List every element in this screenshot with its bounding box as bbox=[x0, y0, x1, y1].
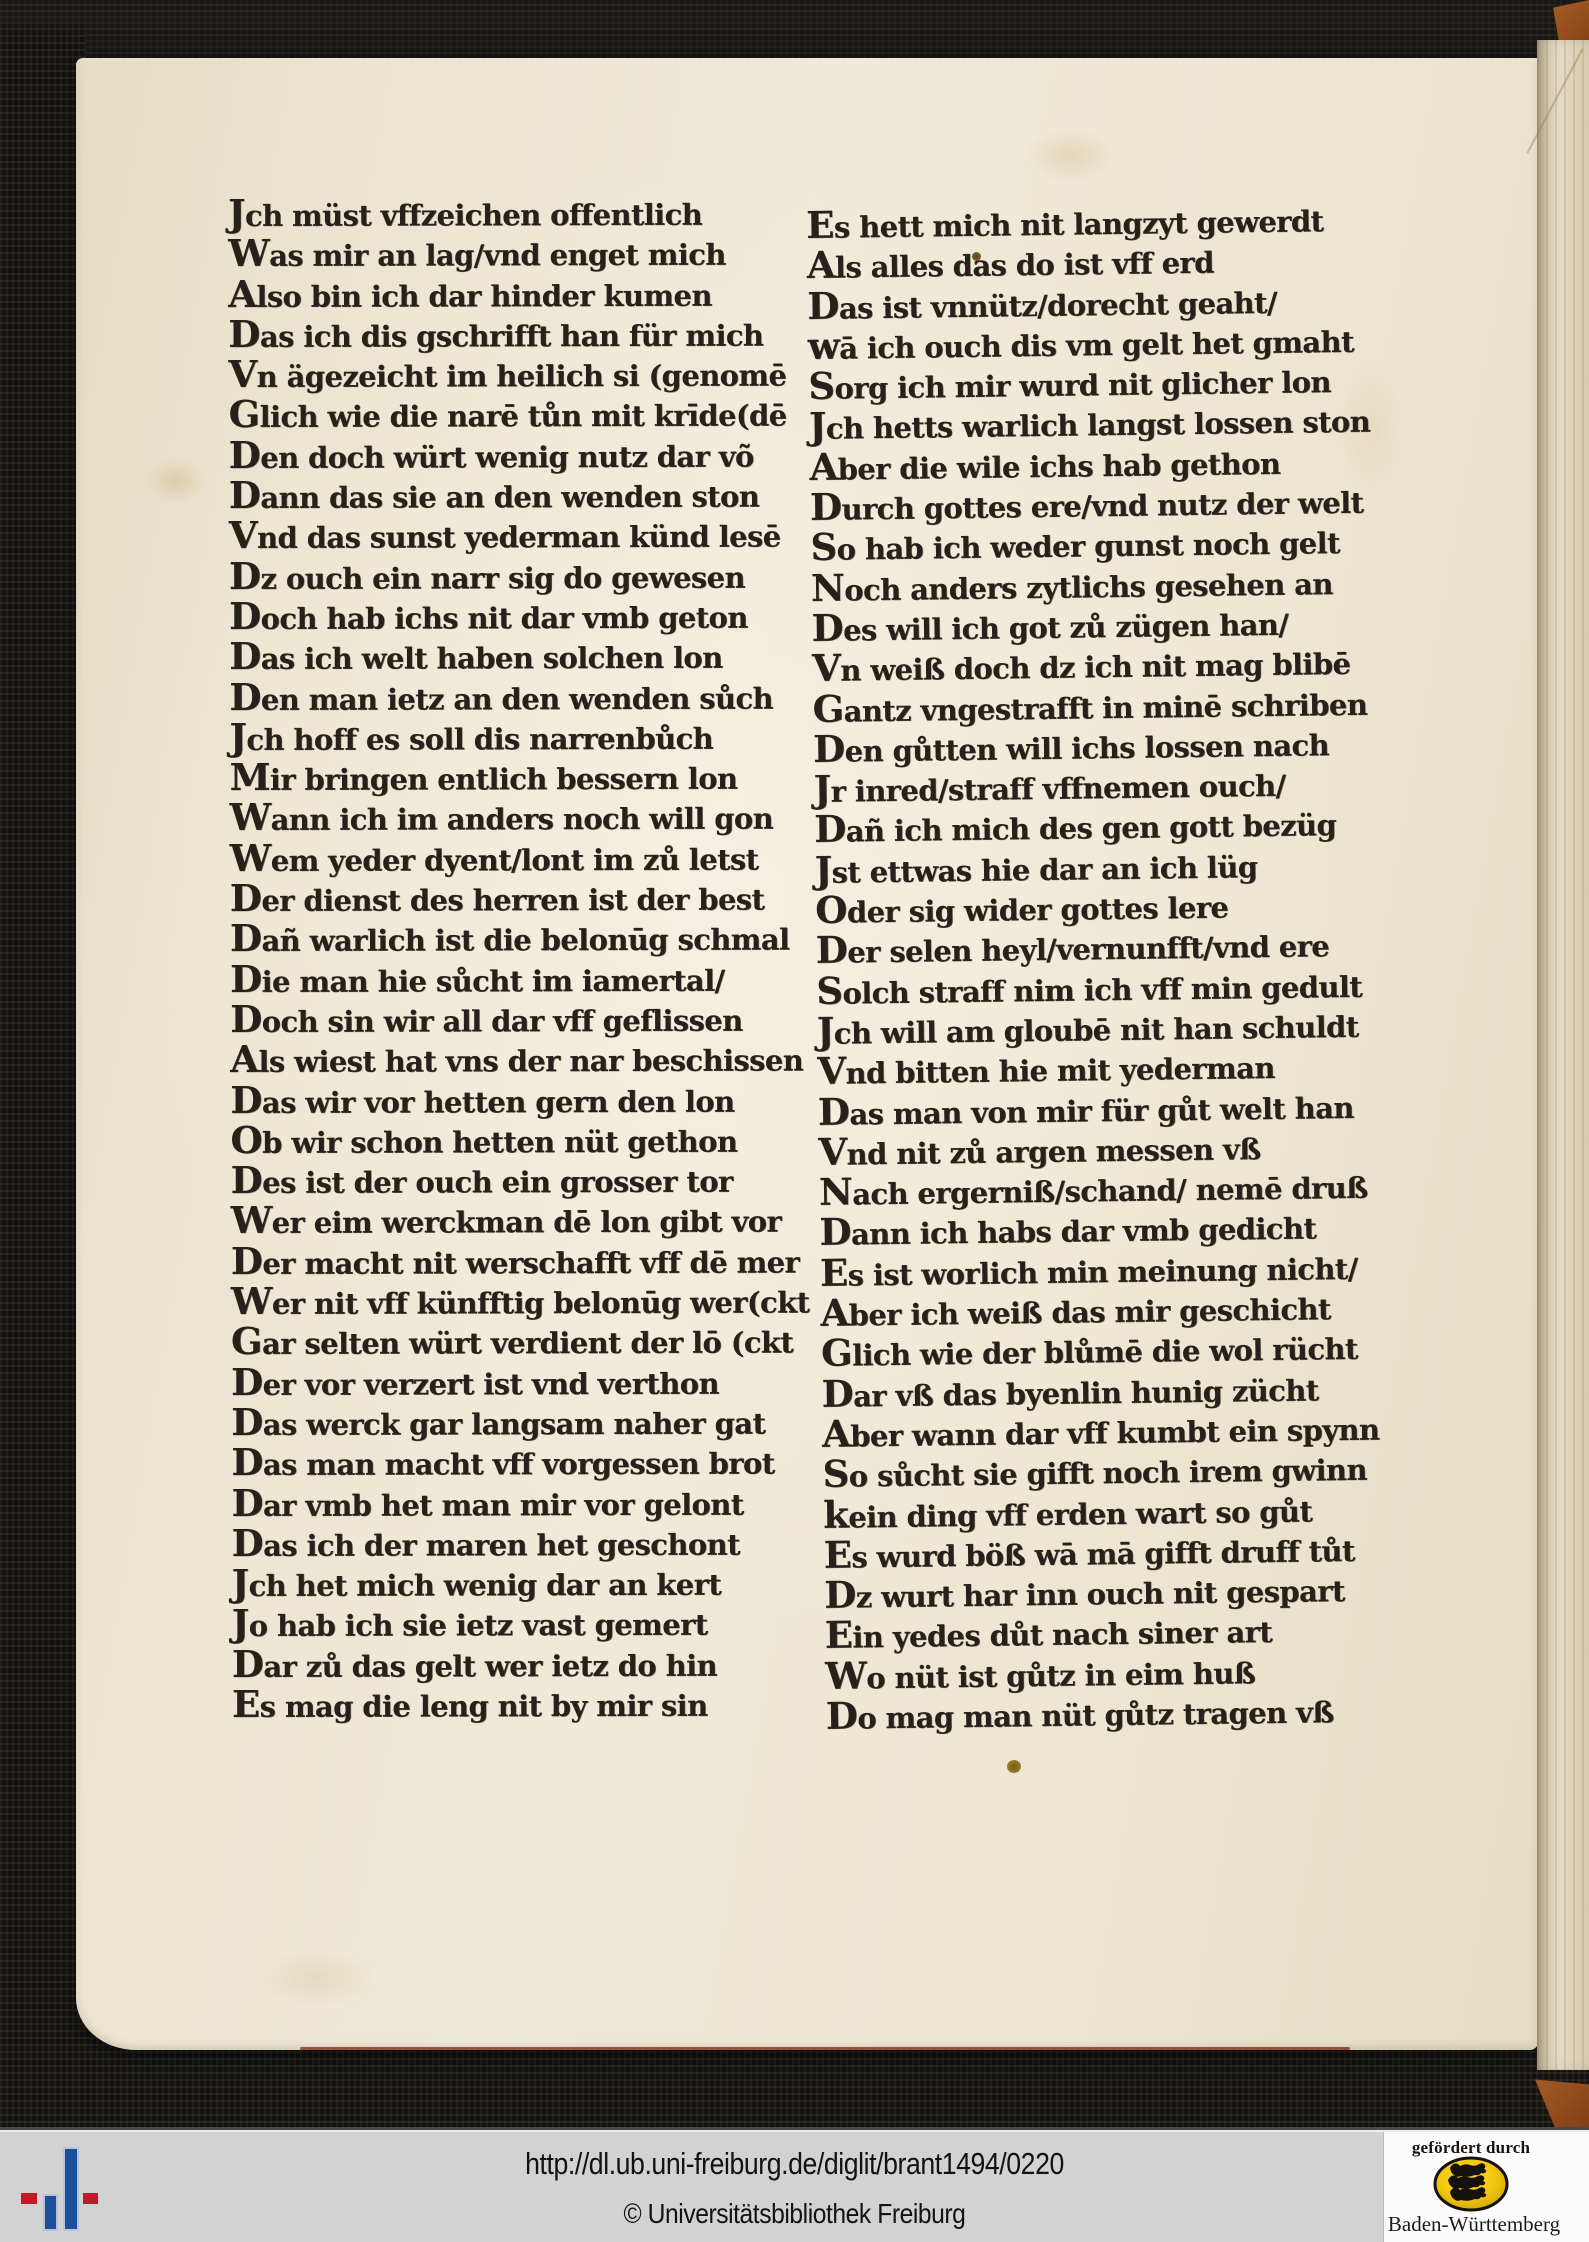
verse-line: kein ding vff erden wart so gůt bbox=[823, 1487, 1385, 1535]
paper-stain bbox=[256, 1948, 376, 2008]
verse-line: Das man macht vff vorgessen brot bbox=[231, 1441, 810, 1483]
verse-line: Des ist der ouch ein grosser tor bbox=[231, 1159, 810, 1201]
verse-line: Mir bringen entlich bessern lon bbox=[229, 756, 808, 798]
right-text-column: Es hett mich nit langzyt gewerdtAls alle… bbox=[806, 198, 1387, 1736]
verse-line: So sůcht sie gifft noch irem gwinn bbox=[822, 1447, 1384, 1495]
verse-line: Glich wie der blůmē die wol rücht bbox=[821, 1326, 1383, 1374]
verse-line: Jch hetts warlich langst lossen ston bbox=[809, 399, 1371, 447]
page-bottom-red-edge bbox=[300, 2047, 1350, 2050]
verse-line: Den doch würt wenig nutz dar võ bbox=[229, 433, 808, 475]
verse-line: Was mir an lag/vnd enget mich bbox=[228, 232, 807, 274]
verse-line: Dz ouch ein narr sig do gewesen bbox=[229, 554, 808, 596]
verse-line: Es hett mich nit langzyt gewerdt bbox=[806, 198, 1368, 246]
verse-line: Jch hoff es soll dis narrenbůch bbox=[229, 715, 808, 757]
paper-stain bbox=[146, 458, 206, 504]
verse-line: Dz wurt har inn ouch nit gespart bbox=[824, 1568, 1386, 1616]
verse-line: Die man hie sůcht im iamertal/ bbox=[230, 957, 809, 999]
verse-line: Das werck gar langsam naher gat bbox=[231, 1400, 810, 1442]
wormhole bbox=[1007, 1760, 1021, 1773]
verse-line: Den gůtten will ichs lossen nach bbox=[813, 721, 1375, 769]
verse-line: Ob wir schon hetten nüt gethon bbox=[230, 1118, 809, 1160]
verse-line: Jo hab ich sie ietz vast gemert bbox=[232, 1602, 811, 1644]
verse-line: Also bin ich dar hinder kumen bbox=[228, 272, 807, 314]
verse-line: Dar vmb het man mir vor gelont bbox=[231, 1481, 810, 1523]
scan-source-url: http://dl.ub.uni-freiburg.de/diglit/bran… bbox=[111, 2146, 1478, 2182]
verse-line: Als wiest hat vns der nar beschissen bbox=[230, 1038, 809, 1080]
verse-line: Jch het mich wenig dar an kert bbox=[232, 1562, 811, 1604]
logo-red-block-left bbox=[21, 2193, 37, 2204]
paper-stain bbox=[1026, 128, 1116, 183]
verse-line: Es mag die leng nit by mir sin bbox=[232, 1682, 811, 1724]
verse-line: Dar zů das gelt wer ietz do hin bbox=[232, 1642, 811, 1684]
funded-by-label: gefördert durch bbox=[1383, 2138, 1559, 2158]
verse-line: Jch müst vffzeichen offentlich bbox=[228, 191, 807, 233]
verse-line: Vn weiß doch dz ich nit mag blibē bbox=[812, 641, 1374, 689]
verse-line: Doch hab ichs nit dar vmb geton bbox=[229, 594, 808, 636]
verse-line: Wem yeder dyent/lont im zů letst bbox=[230, 836, 809, 878]
verse-line: Den man ietz an den wenden sůch bbox=[229, 675, 808, 717]
verse-line: Do mag man nüt gůtz tragen vß bbox=[826, 1689, 1388, 1737]
left-text-column: Jch müst vffzeichen offentlichWas mir an… bbox=[228, 191, 810, 1724]
verse-line: Der macht nit werschafft vff dē mer bbox=[231, 1239, 810, 1281]
verse-line: Vn ägezeicht im heilich si (genomē bbox=[228, 353, 807, 395]
verse-line: Dann ich habs dar vmb gedicht bbox=[819, 1205, 1381, 1253]
three-lions bbox=[1448, 2163, 1486, 2201]
verse-line: Das man von mir für gůt welt han bbox=[818, 1084, 1380, 1132]
region-label: Baden-Württemberg bbox=[1379, 2212, 1569, 2237]
verse-line: Das ich der maren het geschont bbox=[231, 1521, 810, 1563]
logo-blue-bar-tall bbox=[63, 2147, 79, 2231]
funding-badge: gefördert durch Baden-Württemberg bbox=[1383, 2132, 1589, 2242]
logo-blue-bar-short bbox=[43, 2194, 58, 2231]
book-cloth-left-edge bbox=[0, 26, 86, 2130]
copyright-notice: © Universitätsbibliothek Freiburg bbox=[95, 2198, 1493, 2230]
verse-line: Glich wie die narē tůn mit krīde(dē bbox=[229, 393, 808, 435]
page-fore-edge bbox=[1537, 40, 1589, 2070]
verse-line: Gantz vngestrafft in minē schriben bbox=[812, 681, 1374, 729]
verse-line: Dañ warlich ist die belonūg schmal bbox=[230, 917, 809, 959]
verse-line: Dann das sie an den wenden ston bbox=[229, 474, 808, 516]
verse-line: Wer nit vff künfftig belonūg wer(ckt bbox=[231, 1279, 810, 1321]
verse-line: Doch sin wir all dar vff geflissen bbox=[230, 997, 809, 1039]
verse-line: Das ich welt haben solchen lon bbox=[229, 635, 808, 677]
digitized-book-scan: Jch müst vffzeichen offentlichWas mir an… bbox=[0, 0, 1589, 2242]
verse-line: Vnd das sunst yederman künd lesē bbox=[229, 514, 808, 556]
verse-line: Das ich dis gschrifft han für mich bbox=[228, 312, 807, 354]
verse-line: Wann ich im anders noch will gon bbox=[230, 796, 809, 838]
baden-wuerttemberg-coat-of-arms bbox=[1432, 2156, 1510, 2212]
verse-line: Noch anders zytlichs gesehen an bbox=[811, 560, 1373, 608]
verse-line: So hab ich weder gunst noch gelt bbox=[810, 520, 1372, 568]
verse-line: Das wir vor hetten gern den lon bbox=[230, 1078, 809, 1120]
verse-line: Der vor verzert ist vnd verthon bbox=[231, 1360, 810, 1402]
verse-line: Jch will am gloubē nit han schuldt bbox=[817, 1004, 1379, 1052]
verse-line: Dañ ich mich des gen gott bezüg bbox=[814, 802, 1376, 850]
verse-line: Der selen heyl/vernunfft/vnd ere bbox=[815, 923, 1377, 971]
verse-line: Wer eim werckman dē lon gibt vor bbox=[231, 1199, 810, 1241]
verse-line: Der dienst des herren ist der best bbox=[230, 877, 809, 919]
verse-line: Gar selten würt verdient der lō (ckt bbox=[231, 1320, 810, 1362]
